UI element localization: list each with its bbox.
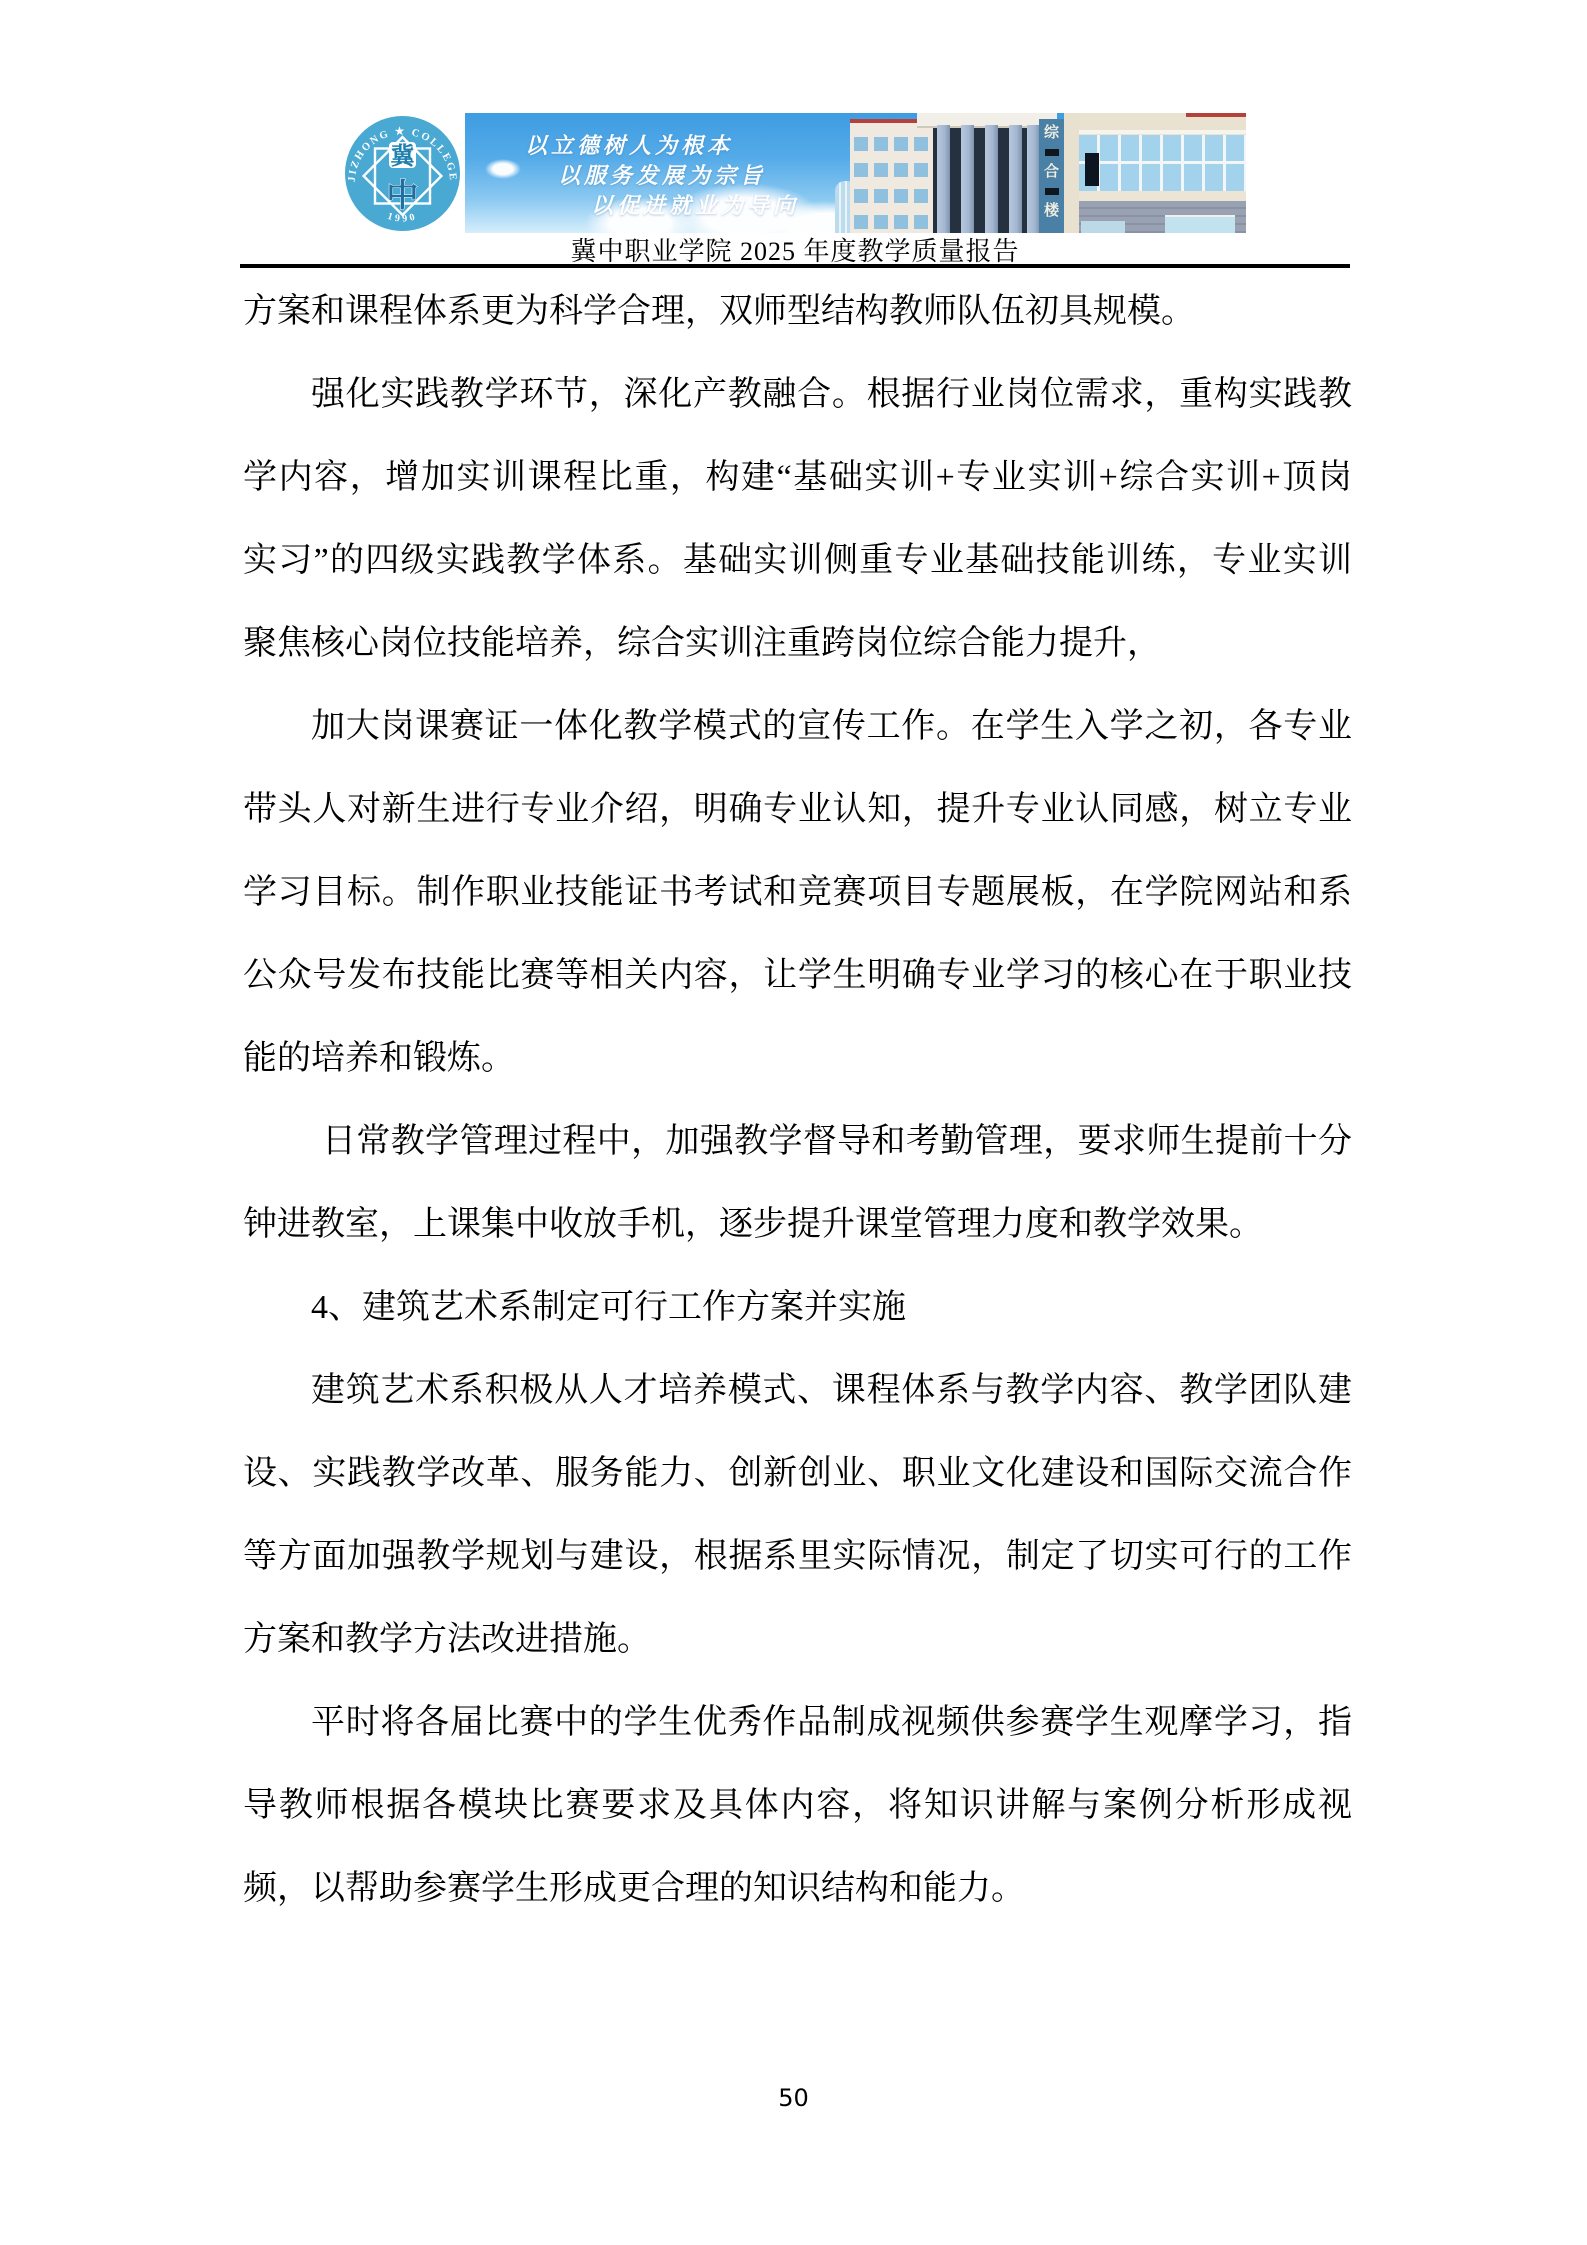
document-page: { "header": { "title": "冀中职业学院 2025 年度教学… <box>0 0 1587 2245</box>
header-banner-image: 综合楼 以立德树人为根本以服务发展为宗旨以促进就业为导向 <box>465 113 1246 233</box>
banner-slogan: 以立德树人为根本 <box>525 129 733 160</box>
body-line: 频，以帮助参赛学生形成更合理的知识结构和能力。 <box>243 1847 1352 1930</box>
body-line: 带头人对新生进行专业介绍，明确专业认知，提升专业认同感，树立专业 <box>243 768 1352 851</box>
building-sign-char: 合 <box>1044 164 1059 180</box>
body-line: 聚焦核心岗位技能培养，综合实训注重跨岗位综合能力提升， <box>243 602 1352 685</box>
body-line: 方案和课程体系更为科学合理，双师型结构教师队伍初具规模。 <box>243 270 1352 353</box>
body-line: 平时将各届比赛中的学生优秀作品制成视频供参赛学生观摩学习，指 <box>243 1681 1352 1764</box>
logo-char-bottom: 中 <box>386 177 418 213</box>
body-line: 实习”的四级实践教学体系。基础实训侧重专业基础技能训练，专业实训 <box>243 519 1352 602</box>
college-logo: 冀 中 JIZHONG ★ COLLEGE 1990 <box>342 114 463 233</box>
page-number: 50 <box>0 2084 1587 2112</box>
building-sign-char: 综 <box>1044 125 1059 141</box>
body-line: 学内容，增加实训课程比重，构建“基础实训+专业实训+综合实训+顶岗 <box>243 436 1352 519</box>
body-line: 公众号发布技能比赛等相关内容，让学生明确专业学习的核心在于职业技 <box>243 934 1352 1017</box>
body-line: 设、实践教学改革、服务能力、创新创业、职业文化建设和国际交流合作 <box>243 1432 1352 1515</box>
building-sign: 综合楼 <box>1039 119 1064 233</box>
building-window-row <box>854 163 932 177</box>
building-sign-awning <box>1045 149 1059 156</box>
building-sign-awning <box>1045 188 1059 195</box>
header-caption: 冀中职业学院 2025 年度教学质量报告 <box>240 231 1350 268</box>
body-line: 强化实践教学环节，深化产教融合。根据行业岗位需求，重构实践教 <box>243 353 1352 436</box>
banner-slogan: 以服务发展为宗旨 <box>558 159 766 190</box>
body-line: 4、建筑艺术系制定可行工作方案并实施 <box>243 1266 1352 1349</box>
logo-char-top: 冀 <box>391 142 416 170</box>
building-trim-line <box>1079 130 1246 134</box>
body-line: 学习目标。制作职业技能证书考试和竞赛项目专题展板，在学院网站和系 <box>243 851 1352 934</box>
building-column <box>1009 125 1022 233</box>
building-window-row <box>854 215 932 229</box>
body-line: 能的培养和锻炼。 <box>243 1017 1352 1100</box>
building-column <box>937 125 950 233</box>
banner-slogan: 以促进就业为导向 <box>591 189 799 220</box>
body-line: 日常教学管理过程中，加强教学督导和考勤管理，要求师生提前十分 <box>243 1100 1352 1183</box>
building-sign-char: 楼 <box>1044 203 1059 219</box>
body-line: 钟进教室，上课集中收放手机，逐步提升课堂管理力度和教学效果。 <box>243 1183 1352 1266</box>
building-column <box>961 125 974 233</box>
document-body: 方案和课程体系更为科学合理，双师型结构教师队伍初具规模。强化实践教学环节，深化产… <box>243 270 1352 1930</box>
building-left-block <box>850 119 936 233</box>
body-line: 方案和教学方法改进措施。 <box>243 1598 1352 1681</box>
building-pillar <box>1064 113 1079 233</box>
body-line: 等方面加强教学规划与建设，根据系里实际情况，制定了切实可行的工作 <box>243 1515 1352 1598</box>
building-open-window <box>1085 153 1099 186</box>
building-right-block <box>1079 113 1246 233</box>
building-column <box>985 125 998 233</box>
building-window-row <box>854 137 932 151</box>
building-window-band <box>1079 135 1246 191</box>
header-rule <box>240 264 1350 268</box>
building-window-row <box>854 189 932 203</box>
body-line: 导教师根据各模块比赛要求及具体内容，将知识讲解与案例分析形成视 <box>243 1764 1352 1847</box>
building-sill <box>1079 191 1246 201</box>
body-line: 加大岗课赛证一体化教学模式的宣传工作。在学生入学之初，各专业 <box>243 685 1352 768</box>
building-roof-trim <box>1186 113 1246 117</box>
college-logo-emblem: 冀 中 JIZHONG ★ COLLEGE 1990 <box>342 114 463 233</box>
cloud <box>485 159 521 179</box>
body-line: 建筑艺术系积极从人才培养模式、课程体系与教学内容、教学团队建 <box>243 1349 1352 1432</box>
